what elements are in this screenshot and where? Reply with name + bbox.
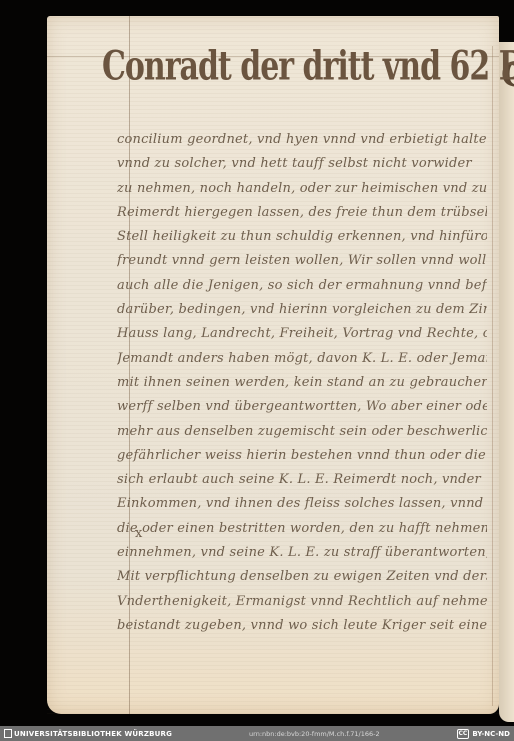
text-line: beistandt zugeben, vnnd wo sich leute Kr… [117, 614, 487, 638]
text-line: vnnd zu solcher, vnd hett tauff selbst n… [117, 152, 487, 176]
text-line: Stell heiligkeit zu thun schuldig erkenn… [117, 225, 487, 249]
adjacent-page-edge [499, 42, 514, 722]
text-line: gefährlicher weiss hierin bestehen vnnd … [117, 444, 487, 468]
text-line: zu nehmen, noch handeln, oder zur heimis… [117, 177, 487, 201]
text-line: Mit verpflichtung denselben zu ewigen Ze… [117, 565, 487, 589]
text-line: die oder einen bestritten worden, den zu… [117, 517, 487, 541]
text-line: darüber, bedingen, vnd hierinn vorgleich… [117, 298, 487, 322]
page-heading: Conradt der dritt vnd 62 Bischof [102, 43, 492, 90]
library-logo[interactable]: UNIVERSITÄTSBIBLIOTHEK WÜRZBURG [4, 729, 172, 738]
text-line: sich erlaubt auch seine K. L. E. Reimerd… [117, 468, 487, 492]
text-line: Hauss lang, Landrecht, Freiheit, Vortrag… [117, 322, 487, 346]
text-line: freundt vnnd gern leisten wollen, Wir so… [117, 249, 487, 273]
text-line: Einkommen, vnd ihnen des fleiss solches … [117, 492, 487, 516]
text-line: concilium geordnet, vnd hyen vnnd vnd er… [117, 128, 487, 152]
urn-link[interactable]: urn:nbn:de:bvb:20-fmm/M.ch.f.71/166-2 [249, 730, 380, 738]
text-line: mehr aus denselben zugemischt sein oder … [117, 420, 487, 444]
right-margin-rule [492, 46, 493, 706]
text-line: auch alle die Jenigen, so sich der ermah… [117, 274, 487, 298]
license-badge[interactable]: CC BY-NC-ND [457, 729, 510, 739]
text-line: mit ihnen seinen werden, kein stand an z… [117, 371, 487, 395]
text-line: Reimerdt hiergegen lassen, des freie thu… [117, 201, 487, 225]
text-line: Jemandt anders haben mögt, davon K. L. E… [117, 347, 487, 371]
handwritten-text: concilium geordnet, vnd hyen vnnd vnd er… [117, 128, 487, 638]
manuscript-viewer[interactable]: C Conradt der dritt vnd 62 Bischof x con… [0, 0, 514, 726]
footer-bar: UNIVERSITÄTSBIBLIOTHEK WÜRZBURG urn:nbn:… [0, 726, 514, 741]
creative-commons-icon: CC [457, 729, 470, 739]
license-label: BY-NC-ND [472, 730, 510, 738]
text-line: einnehmen, vnd seine K. L. E. zu straff … [117, 541, 487, 565]
text-line: Vnderthenigkeit, Ermanigst vnnd Rechtlic… [117, 590, 487, 614]
library-logo-icon [4, 729, 12, 738]
library-name: UNIVERSITÄTSBIBLIOTHEK WÜRZBURG [14, 730, 172, 738]
manuscript-page: Conradt der dritt vnd 62 Bischof x conci… [47, 16, 499, 714]
text-line: werff selben vnd übergeantwortten, Wo ab… [117, 395, 487, 419]
